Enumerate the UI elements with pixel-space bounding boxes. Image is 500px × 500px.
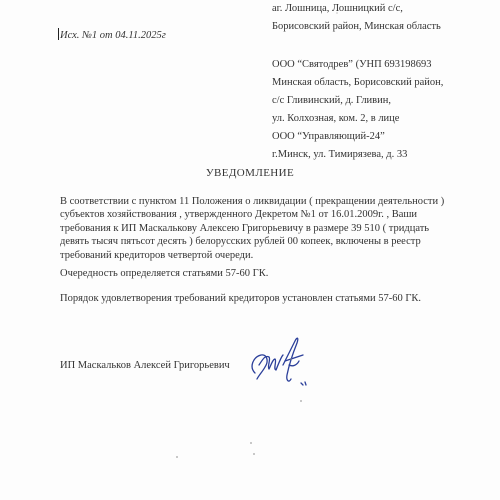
recipient-line: Минская область, Борисовский район, xyxy=(272,74,500,92)
recipient-line: ООО “Святодрев” (УНП 693198693 xyxy=(272,56,500,74)
paragraph-line: требований кредиторов четвертой очереди. xyxy=(60,249,455,262)
outgoing-reference: Исх. №1 от 04.11.2025г xyxy=(58,28,166,41)
scan-speck xyxy=(336,12,338,14)
recipient-address-block: аг. Лошница, Лошницкий с/с, Борисовский … xyxy=(272,0,500,164)
paragraph-line: девять тысяч пятьсот десять ) белорусски… xyxy=(60,235,455,248)
paragraph-line: субъектов хозяйствования , утвержденного… xyxy=(60,208,455,221)
notice-paragraph-3: Порядок удовлетворения требований кредит… xyxy=(60,293,421,304)
recipient-line: Борисовский район, Минская область xyxy=(272,18,500,36)
scan-speck xyxy=(300,400,302,402)
recipient-line: с/с Гливинский, д. Гливин, xyxy=(272,92,500,110)
scanned-document-page: Исх. №1 от 04.11.2025г аг. Лошница, Лошн… xyxy=(0,0,500,500)
document-title: УВЕДОМЛЕНИЕ xyxy=(0,167,500,179)
notice-paragraph-2: Очередность определяется статьями 57-60 … xyxy=(60,268,268,279)
recipient-line: аг. Лошница, Лошницкий с/с, xyxy=(272,0,500,18)
recipient-line: ул. Колхозная, ком. 2, в лице xyxy=(272,110,500,128)
signer-name: ИП Маскальков Алексей Григорьевич xyxy=(60,360,230,371)
notice-paragraph-1: В соответствии с пунктом 11 Положения о … xyxy=(60,195,455,262)
scan-speck xyxy=(290,358,292,360)
outgoing-reference-text: Исх. №1 от 04.11.2025г xyxy=(60,30,166,41)
handwritten-signature-icon xyxy=(245,335,315,390)
recipient-line: г.Минск, ул. Тимирязева, д. 33 xyxy=(272,146,500,164)
paragraph-line: В соответствии с пунктом 11 Положения о … xyxy=(60,195,455,208)
document-title-text: УВЕДОМЛЕНИЕ xyxy=(206,167,294,179)
spacer xyxy=(272,36,500,54)
scan-speck xyxy=(250,442,252,444)
scan-speck xyxy=(253,453,255,455)
scan-speck xyxy=(176,456,178,458)
paragraph-line: требования к ИП Маскалькову Алексею Григ… xyxy=(60,222,455,235)
text-cursor xyxy=(58,28,59,40)
recipient-line: ООО “Управляющий-24” xyxy=(272,128,500,146)
